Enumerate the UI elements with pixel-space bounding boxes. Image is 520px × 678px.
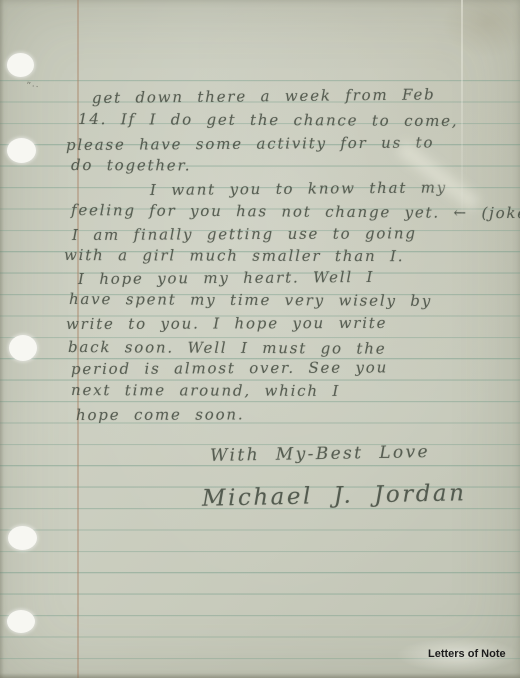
punch-hole: [9, 335, 37, 361]
letter-page: ”·· get down there a week from Feb14. If…: [0, 0, 520, 678]
paper-edge-shadow-bottom: [0, 673, 520, 678]
handwriting-line: hope come soon.: [76, 405, 244, 424]
handwriting-line: I am finally getting use to going: [72, 224, 417, 244]
punch-hole: [8, 526, 37, 550]
handwriting-line: I hope you my heart. Well I: [78, 268, 374, 288]
punch-hole: [7, 138, 36, 163]
punch-hole: [7, 610, 35, 633]
paper-stain: [442, 0, 520, 58]
handwriting-line: I want you to know that my: [150, 178, 447, 199]
handwriting-line: do together.: [71, 156, 191, 174]
paper-edge-shadow-left: [0, 0, 4, 678]
pencil-smudge: ”··: [25, 81, 40, 93]
handwriting-line: with a girl much smaller than I.: [64, 246, 404, 265]
handwriting-line: write to you. I hope you write: [66, 314, 387, 333]
letter-closing: With My-Best Love: [210, 442, 430, 466]
handwriting-line: feeling for you has not change yet. ← (j…: [71, 201, 520, 222]
watermark-text: Letters of Note: [428, 648, 506, 660]
handwriting-line: have spent my time very wisely by: [69, 290, 432, 310]
handwriting-line: please have some activity for us to: [66, 133, 434, 154]
handwriting-line: 14. If I do get the chance to come,: [78, 110, 459, 130]
letter-signature: Michael J. Jordan: [202, 480, 467, 512]
punch-hole: [7, 53, 34, 77]
handwriting-line: back soon. Well I must go the: [68, 338, 387, 358]
handwriting-line: get down there a week from Feb: [92, 85, 436, 107]
handwriting-line: next time around, which I: [71, 381, 340, 400]
handwriting-line: period is almost over. See you: [71, 358, 388, 378]
